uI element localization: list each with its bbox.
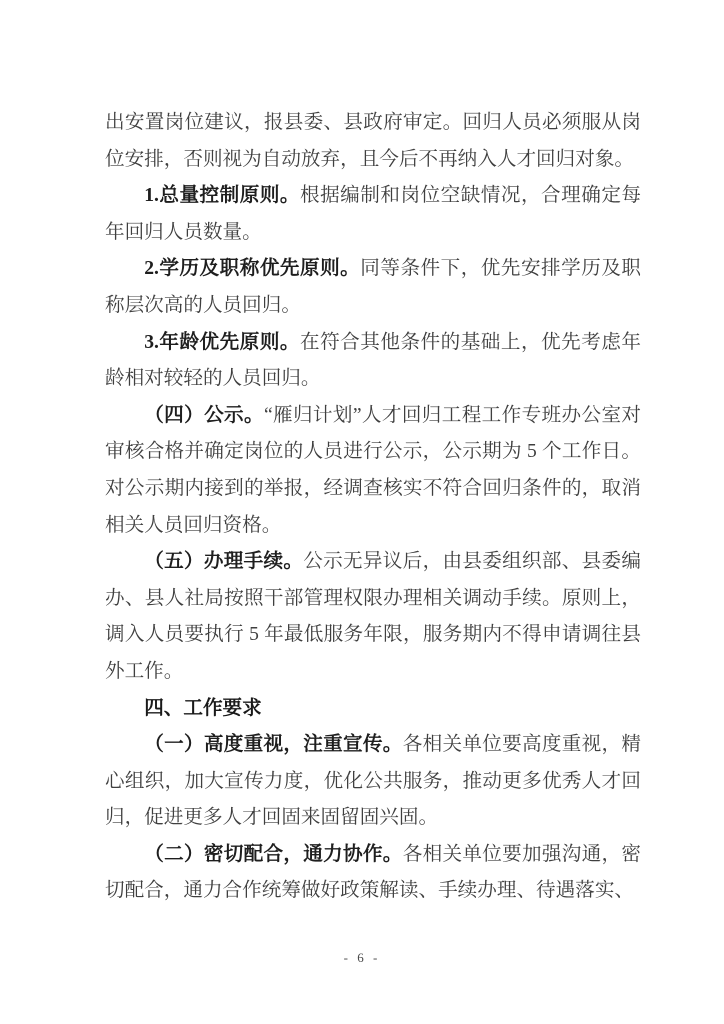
paragraph: 3.年龄优先原则。在符合其他条件的基础上，优先考虑年龄相对较轻的人员回归。 [105, 325, 641, 398]
document-page: 出安置岗位建议，报县委、县政府审定。回归人员必须服从岗位安排，否则视为自动放弃，… [0, 0, 724, 1024]
paragraph-lead: （一）高度重视，注重宣传。 [144, 734, 403, 755]
paragraph: （四）公示。“雁归计划”人才回归工程工作专班办公室对审核合格并确定岗位的人员进行… [105, 398, 641, 544]
paragraph-lead: 1.总量控制原则。 [144, 185, 300, 206]
paragraph: （二）密切配合，通力协作。各相关单位要加强沟通，密切配合，通力合作统筹做好政策解… [105, 837, 641, 910]
paragraph: 1.总量控制原则。根据编制和岗位空缺情况，合理确定每年回归人员数量。 [105, 178, 641, 251]
paragraph-lead: （二）密切配合，通力协作。 [144, 844, 403, 865]
paragraph-lead: 2.学历及职称优先原则。 [144, 258, 360, 279]
paragraph-body: 出安置岗位建议，报县委、县政府审定。回归人员必须服从岗位安排，否则视为自动放弃，… [105, 112, 641, 170]
paragraph-lead: （五）办理手续。 [144, 551, 303, 572]
document-body: 出安置岗位建议，报县委、县政府审定。回归人员必须服从岗位安排，否则视为自动放弃，… [105, 105, 641, 910]
paragraph: （五）办理手续。公示无异议后，由县委组织部、县委编办、县人社局按照干部管理权限办… [105, 544, 641, 690]
paragraph: 2.学历及职称优先原则。同等条件下，优先安排学历及职称层次高的人员回归。 [105, 251, 641, 324]
section-heading: 四、工作要求 [105, 691, 641, 728]
section-heading-text: 四、工作要求 [144, 698, 262, 719]
paragraph: （一）高度重视，注重宣传。各相关单位要高度重视，精心组织，加大宣传力度，优化公共… [105, 727, 641, 837]
page-number: - 6 - [0, 950, 724, 966]
paragraph-lead: 3.年龄优先原则。 [144, 332, 300, 353]
paragraph: 出安置岗位建议，报县委、县政府审定。回归人员必须服从岗位安排，否则视为自动放弃，… [105, 105, 641, 178]
paragraph-lead: （四）公示。 [144, 405, 264, 426]
